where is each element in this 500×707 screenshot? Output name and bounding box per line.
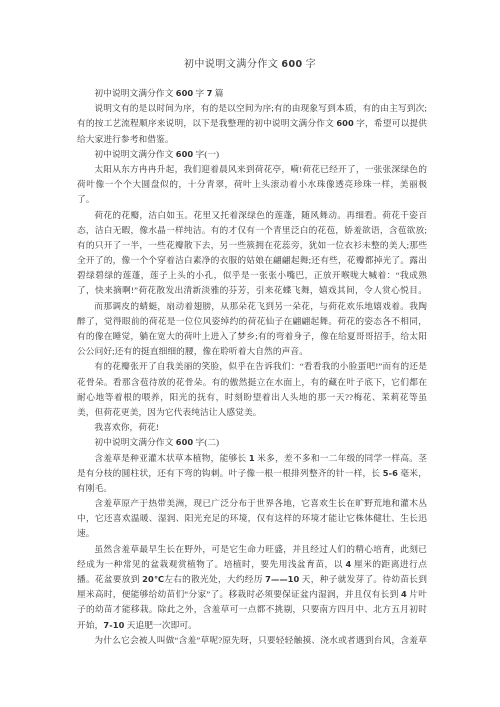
text-line: 速。 bbox=[77, 526, 427, 541]
text-line: 碧绿碧绿的莲蓬，莲子上头的小孔，似乎是一张张小嘴巴，正放开喉咙大喊着：“我成熟 bbox=[77, 268, 427, 283]
text-line: 了，快来摘啊!”荷花散发出清新淡雅的芬芳，引来花蝶飞舞，嬉戏其间，令人赏心悦目。 bbox=[77, 283, 427, 298]
text-line: 播。花盆要放到 20℃左右的散光处，大约经历 7——10 天，种子就发芽了。待幼… bbox=[77, 572, 427, 587]
text-line: 有的像在睡觉，躺在宽大的荷叶上进入了梦乡;有的弯着身子，像在给夏哥哥招手，给太阳 bbox=[77, 329, 427, 344]
text-line: 美，但荷花更美，因为它代表纯洁让人感觉美。 bbox=[77, 405, 427, 420]
text-line: 初中说明文满分作文 600 字(二) bbox=[77, 435, 427, 450]
text-line: 为什么它会被人叫做“含羞”草呢?原先呀，只要轻轻触摸、浇水或者遇到台风，含羞草 bbox=[77, 633, 427, 648]
text-line: 了。 bbox=[77, 192, 427, 207]
text-line: 全开了的，像一个个穿着洁白素净的衣服的姑娘在翩翩起舞;还有些，花瓣都掉光了。露出 bbox=[77, 253, 427, 268]
text-line: 有刚毛。 bbox=[77, 481, 427, 496]
text-line: 是有分枝的圆柱状，还有下弯的钩刺。叶子像一根一根排列整齐的针一样，长 5-6 毫… bbox=[77, 466, 427, 481]
text-line: 初中说明文满分作文 600 字 7 篇 bbox=[77, 86, 427, 101]
text-line: 有的花瓣张开了自我美丽的笑脸，似乎在告诉我们：“看看我的小脸蛋吧!”而有的还是 bbox=[77, 359, 427, 374]
text-line: 太阳从东方冉冉升起，我们迎着晨风来到荷花亭，嗬!荷花已经开了，一张张深绿色的 bbox=[77, 162, 427, 177]
text-line: 开始，7-10 天追肥一次即可。 bbox=[77, 618, 427, 633]
text-line: 厘米高时，便能够给幼苗们“分家”了。移栽时必须要保证盆内湿润，并且仅有长到 4 … bbox=[77, 587, 427, 602]
text-line: 花骨朵。看那含苞待放的花骨朵。有的傲然挺立在水面上，有的藏在叶子底下，它们都在 bbox=[77, 375, 427, 390]
text-line: 公公问好;还有的挺直细细的腰，像在聆听着大自然的声音。 bbox=[77, 344, 427, 359]
document-body: 初中说明文满分作文 600 字 7 篇说明文有的是以时间为序，有的是以空间为序;… bbox=[77, 86, 427, 648]
text-line: 有的按工艺流程顺序来说明，以下是我整理的初中说明文满分作文 600 字，希望可以… bbox=[77, 116, 427, 131]
text-line: 耐心地等着根的喂养，阳光的抚有，时刻盼望着出人头地的那一天??梅花、茉莉花等虽 bbox=[77, 390, 427, 405]
text-line: 态，洁白无暇，像水晶一样纯洁。有的才仅有一个青里泛白的花苞，娇羞欲语，含苞欲放; bbox=[77, 223, 427, 238]
text-line: 荷叶像一个个大圆盘似的，十分青翠，荷叶上头滚动着小水珠像透亮珍珠一样，美丽极 bbox=[77, 177, 427, 192]
text-line: 初中说明文满分作文 600 字(一) bbox=[77, 147, 427, 162]
text-line: 我喜欢你，荷花! bbox=[77, 420, 427, 435]
text-line: 给大家进行参考和借鉴。 bbox=[77, 132, 427, 147]
text-line: 经成为一种常见的盆栽观赏植物了。培植时，要先用浅盆育苗，以 4 厘米的距离进行点 bbox=[77, 557, 427, 572]
document-title: 初中说明文满分作文 600 字 bbox=[0, 57, 500, 72]
text-line: 虽然含羞草最早生长在野外，可是它生命力旺盛，并且经过人们的精心培育，此刻已 bbox=[77, 542, 427, 557]
text-line: 中，它还喜欢温暖、湿润、阳光充足的环境，仅有这样的环境才能让它株体健壮、生长迅 bbox=[77, 511, 427, 526]
text-line: 子的幼苗才能移栽。除此之外，含羞草可一点都不挑剔，只要南方四月中、北方五月初时 bbox=[77, 602, 427, 617]
text-line: 有的只开了一半，一些花瓣散下去，另一些簇拥在花蕊旁，犹如一位衣衫未整的美人;那些 bbox=[77, 238, 427, 253]
text-line: 说明文有的是以时间为序，有的是以空间为序;有的由现象写到本质，有的由主写到次; bbox=[77, 101, 427, 116]
text-line: 荷花的花瓣，洁白如玉。花里又托着深绿色的莲蓬，随风舞动。再细看。荷花千姿百 bbox=[77, 208, 427, 223]
text-line: 而那调皮的蜻蜓，扇动着翅膀，从那朵花飞到另一朵花，与荷花欢乐地嬉戏着。我陶 bbox=[77, 299, 427, 314]
text-line: 醉了，觉得眼前的荷花是一位位风姿绰约的荷花仙子在翩翩起舞。荷花的姿态各不相同， bbox=[77, 314, 427, 329]
document-page: 初中说明文满分作文 600 字 初中说明文满分作文 600 字 7 篇说明文有的… bbox=[0, 0, 500, 707]
text-line: 含羞草原产于热带美洲，现已广泛分布于世界各地，它喜欢生长在旷野荒地和灌木丛 bbox=[77, 496, 427, 511]
text-line: 含羞草是种亚灌木状草本植物，能够长 1 米多，差不多和一二年级的同学一样高。茎 bbox=[77, 451, 427, 466]
